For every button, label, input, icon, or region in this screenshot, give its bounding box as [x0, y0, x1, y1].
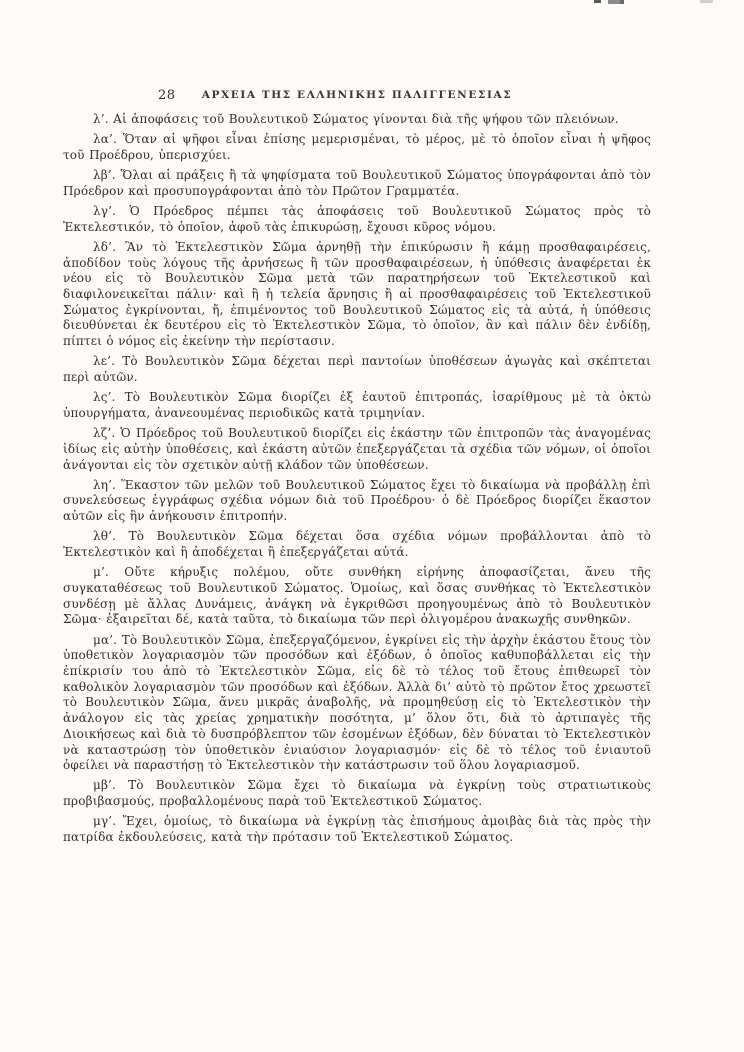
article-number: λη’. [93, 478, 116, 492]
article-number: λς’. [93, 390, 116, 404]
article-paragraph: λε’. Τὸ Βουλευτικὸν Σῶμα δέχεται περὶ πα… [63, 354, 651, 385]
article-paragraph: λς’. Τὸ Βουλευτικὸν Σῶμα διορίζει ἐξ ἑαυ… [63, 390, 651, 421]
page-header: 28 ΑΡΧΕΙΑ ΤΗΣ ΕΛΛΗΝΙΚΗΣ ΠΑΛΙΓΓΕΝΕΣΙΑΣ [0, 88, 744, 106]
article-paragraph: λα’. Ὅταν αἱ ψῆφοι εἶναι ἐπίσης μεμερισμ… [63, 132, 651, 163]
article-number: λα’. [93, 132, 117, 146]
article-text: Ἕκαστον τῶν μελῶν τοῦ Βουλευτικοῦ Σώματο… [63, 478, 651, 523]
article-paragraph: λγ’. Ὁ Πρόεδρος πέμπει τὰς ἀποφάσεις τοῦ… [63, 204, 651, 235]
article-text: Τὸ Βουλευτικὸν Σῶμα ἔχει τὸ δικαίωμα νὰ … [63, 778, 651, 808]
article-number: μα’. [93, 633, 117, 647]
article-number: λ’. [93, 112, 109, 126]
article-paragraph: λβ’. Ὅλαι αἱ πράξεις ἢ τὰ ψηφίσματα τοῦ … [63, 168, 651, 199]
article-text: Ὅταν αἱ ψῆφοι εἶναι ἐπίσης μεμερισμέναι,… [63, 132, 651, 162]
article-paragraph: λη’. Ἕκαστον τῶν μελῶν τοῦ Βουλευτικοῦ Σ… [63, 478, 651, 525]
running-title: ΑΡΧΕΙΑ ΤΗΣ ΕΛΛΗΝΙΚΗΣ ΠΑΛΙΓΓΕΝΕΣΙΑΣ [63, 89, 651, 101]
article-number: μγ’. [93, 814, 116, 828]
article-paragraph: λθ’. Τὸ Βουλευτικὸν Σῶμα δέχεται ὅσα σχέ… [63, 529, 651, 560]
article-number: μ’. [93, 565, 109, 579]
article-number: λε’. [93, 354, 115, 368]
article-text: Ἔχει, ὁμοίως, τὸ δικαίωμα νὰ ἐγκρίνῃ τὰς… [63, 814, 651, 844]
article-number: λθ’. [93, 529, 116, 543]
scan-smudge-icon [700, 0, 713, 3]
article-paragraph: λζ’. Ὁ Πρόεδρος τοῦ Βουλευτικοῦ διορίζει… [63, 426, 651, 473]
article-paragraph: μβ’. Τὸ Βουλευτικὸν Σῶμα ἔχει τὸ δικαίωμ… [63, 778, 651, 809]
article-text: Τὸ Βουλευτικὸν Σῶμα διορίζει ἐξ ἑαυτοῦ ἐ… [63, 390, 651, 420]
scan-smudge-icon [594, 0, 601, 3]
article-text: Τὸ Βουλευτικὸν Σῶμα δέχεται περὶ παντοίω… [63, 354, 651, 384]
article-paragraph: μγ’. Ἔχει, ὁμοίως, τὸ δικαίωμα νὰ ἐγκρίν… [63, 814, 651, 845]
article-text: Τὸ Βουλευτικὸν Σῶμα, ἐπεξεργαζόμενον, ἐγ… [63, 633, 651, 773]
article-number: μβ’. [93, 778, 116, 792]
article-text: Αἱ ἀποφάσεις τοῦ Βουλευτικοῦ Σώματος γίν… [113, 112, 619, 126]
article-paragraph: λδ’. Ἂν τὸ Ἐκτελεστικὸν Σῶμα ἀρνηθῇ τὴν … [63, 240, 651, 350]
article-number: λδ’. [93, 240, 116, 254]
article-paragraph: μ’. Οὔτε κήρυξις πολέμου, οὔτε συνθήκη ε… [63, 565, 651, 628]
article-number: λγ’. [93, 204, 116, 218]
article-number: λβ’. [93, 168, 116, 182]
article-list: λ’. Αἱ ἀποφάσεις τοῦ Βουλευτικοῦ Σώματος… [63, 112, 651, 846]
article-paragraph: λ’. Αἱ ἀποφάσεις τοῦ Βουλευτικοῦ Σώματος… [63, 112, 651, 128]
document-page: 28 ΑΡΧΕΙΑ ΤΗΣ ΕΛΛΗΝΙΚΗΣ ΠΑΛΙΓΓΕΝΕΣΙΑΣ λ’… [0, 0, 744, 1052]
article-text: Ὁ Πρόεδρος τοῦ Βουλευτικοῦ διορίζει εἰς … [63, 426, 651, 471]
article-text: Τὸ Βουλευτικὸν Σῶμα δέχεται ὅσα σχέδια ν… [63, 529, 651, 559]
article-paragraph: μα’. Τὸ Βουλευτικὸν Σῶμα, ἐπεξεργαζόμενο… [63, 633, 651, 774]
article-text: Ὅλαι αἱ πράξεις ἢ τὰ ψηφίσματα τοῦ Βουλε… [63, 168, 651, 198]
article-text: Ὁ Πρόεδρος πέμπει τὰς ἀποφάσεις τοῦ Βουλ… [63, 204, 651, 234]
scan-smudge-icon [608, 0, 624, 4]
article-text: Ἂν τὸ Ἐκτελεστικὸν Σῶμα ἀρνηθῇ τὴν ἐπικύ… [63, 240, 651, 348]
article-number: λζ’. [93, 426, 115, 440]
article-text: Οὔτε κήρυξις πολέμου, οὔτε συνθήκη εἰρήν… [63, 565, 651, 626]
